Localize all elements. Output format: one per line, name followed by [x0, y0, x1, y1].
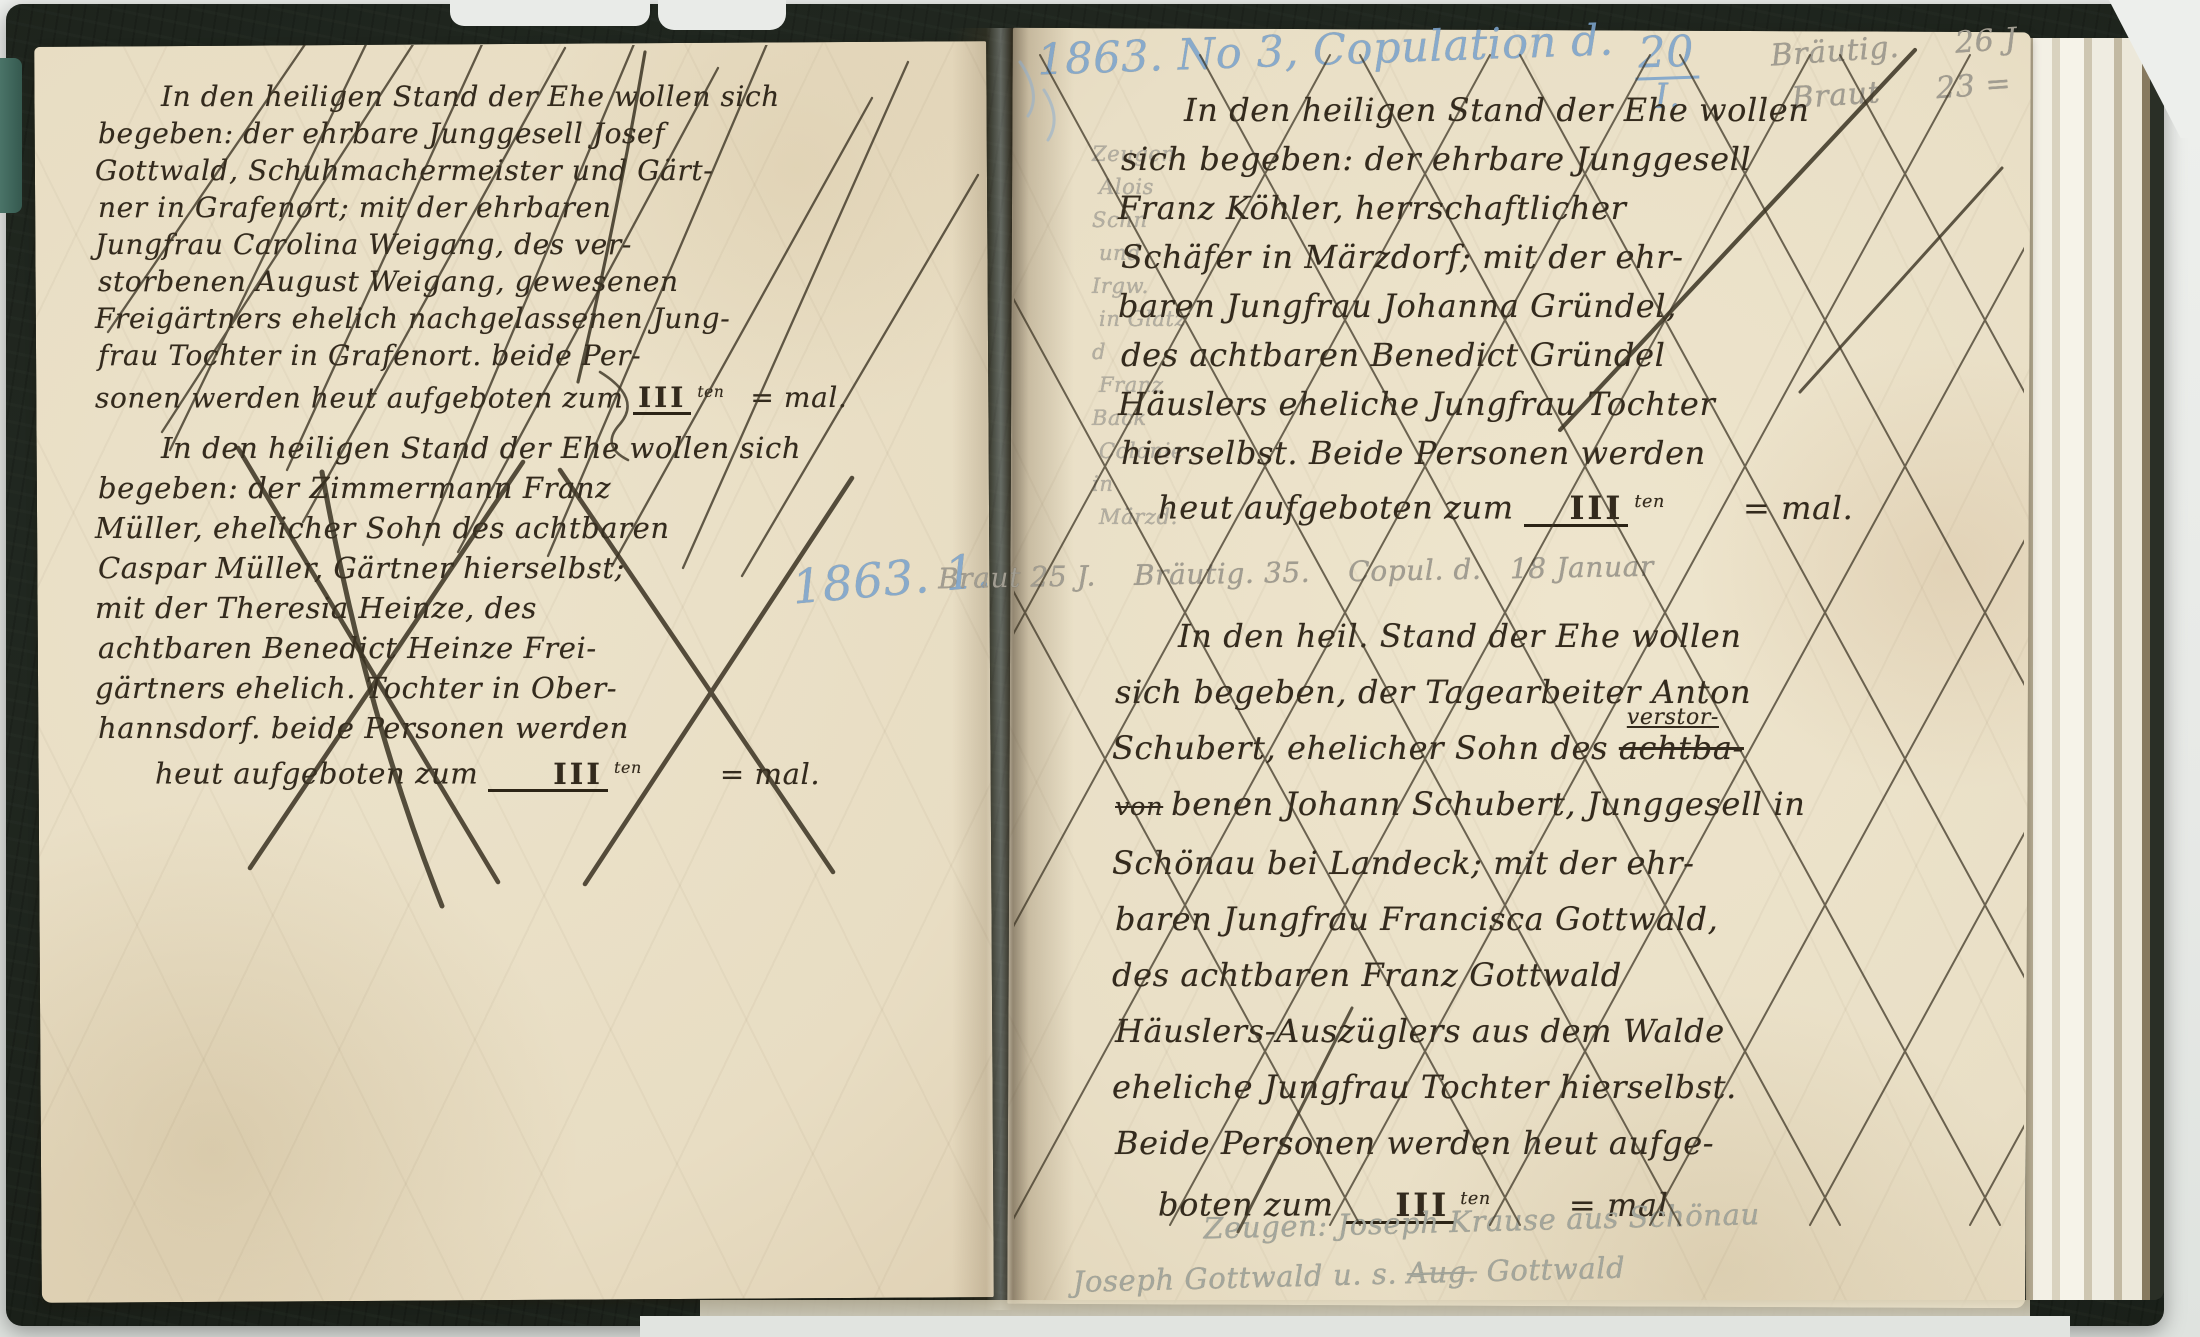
aufgebot-suffix: = mal. — [720, 757, 820, 791]
manuscript-line: Gottwald, Schuhmachermeister und Gärt- — [95, 152, 795, 189]
manuscript-line: des achtbaren Franz Gottwald — [1112, 947, 2012, 1003]
aufgebot-text: heut aufgeboten zum — [155, 757, 488, 791]
manuscript-line: Beide Personen werden heut aufge- — [1115, 1115, 2012, 1171]
manuscript-line: In den heiligen Stand der Ehe wollen sic… — [95, 428, 795, 468]
right-entry-1: In den heiligen Stand der Ehe wollen sic… — [1118, 86, 2008, 533]
manuscript-line: Häuslers-Auszüglers aus dem Walde — [1115, 1003, 2012, 1059]
manuscript-line: storbenen August Weigang, gewesenen — [98, 263, 795, 300]
aufgebot-text: heut aufgeboten zum — [1158, 489, 1524, 527]
manuscript-line: achtbaren Benedict Heinze Frei- — [98, 628, 795, 668]
date-day: 20 — [1634, 30, 1700, 80]
manuscript-line: sich begeben, der Tagearbeiter Anton — [1115, 664, 2012, 720]
background-bottom-strip — [640, 1316, 2070, 1337]
inserted-word: verstor- — [1627, 690, 1719, 746]
manuscript-line: hannsdorf. beide Personen werden — [98, 708, 795, 748]
aufgebot-numeral: III — [633, 384, 691, 415]
aufgebot-ordinal: ten — [614, 758, 642, 777]
struck-word: von — [1115, 792, 1163, 822]
manuscript-line: Schönau bei Landeck; mit der ehr- — [1112, 835, 2012, 891]
aufgebot-suffix: = mal. — [1743, 489, 1853, 527]
groom-age: 26 J — [1954, 17, 2019, 65]
manuscript-line: begeben: der ehrbare Junggesell Josef — [98, 115, 795, 152]
pencil-witnesses-note: Zeugen: Joseph Krause aus Schönau Joseph… — [1071, 1189, 1762, 1307]
manuscript-line: In den heil. Stand der Ehe wollen — [1112, 608, 2012, 664]
manuscript-line: baren Jungfrau Johanna Gründel, — [1118, 282, 2008, 331]
manuscript-line: Müller, ehelicher Sohn des achtbaren — [95, 508, 795, 548]
cover-edge-notch — [658, 0, 786, 30]
manuscript-line: Häuslers eheliche Jungfrau Tochter — [1118, 380, 2008, 429]
left-entry-2: In den heiligen Stand der Ehe wollen sic… — [95, 428, 795, 794]
manuscript-line: gärtners ehelich. Tochter in Ober- — [95, 668, 795, 708]
manuscript-text: Schubert, ehelicher Sohn des — [1112, 729, 1619, 767]
left-entry-1: In den heiligen Stand der Ehe wollen sic… — [95, 78, 795, 416]
manuscript-line: In den heiligen Stand der Ehe wollen sic… — [95, 78, 795, 115]
manuscript-line: Freigärtners ehelich nachgelassenen Jung… — [95, 300, 795, 337]
manuscript-line: ner in Grafenort; mit der ehrbaren — [98, 189, 795, 226]
manuscript-line: Schäfer in Märzdorf; mit der ehr- — [1121, 233, 2008, 282]
aufgebot-ordinal: ten — [1634, 492, 1665, 512]
register-book-photo: In den heiligen Stand der Ehe wollen sic… — [0, 0, 2200, 1337]
manuscript-line: hierselbst. Beide Personen werden — [1121, 429, 2008, 478]
aufgebot-numeral: III — [1524, 492, 1628, 527]
manuscript-text: benen Johann Schubert, Junggesell in — [1171, 785, 1805, 823]
page-stack-fore-edge — [2026, 38, 2164, 1300]
manuscript-line: Jungfrau Carolina Weigang, des ver- — [95, 226, 795, 263]
page-bottom-edge — [700, 1300, 2030, 1316]
cover-edge-notch — [450, 0, 650, 26]
correction: achtba-verstor- — [1619, 720, 1744, 776]
struck-word: Aug. — [1407, 1254, 1478, 1290]
manuscript-line: begeben: der Zimmermann Franz — [98, 468, 795, 508]
manuscript-line-aufgebot: heut aufgeboten zum IIIten= mal. — [95, 748, 795, 794]
witness-text: Joseph Gottwald u. s. — [1072, 1256, 1407, 1299]
manuscript-line-aufgebot: heut aufgeboten zum IIIten= mal. — [1118, 478, 2008, 533]
aufgebot-numeral: III — [488, 760, 608, 792]
aufgebot-suffix: = mal. — [750, 381, 847, 414]
groom-label: Bräutig. — [1769, 26, 1901, 79]
manuscript-line: Caspar Müller, Gärtner hierselbst; — [98, 548, 795, 588]
manuscript-line-aufgebot: sonen werden heut aufgeboten zum IIIten=… — [95, 374, 795, 416]
aufgebot-text: sonen werden heut aufgeboten zum — [95, 381, 633, 414]
manuscript-line: In den heiligen Stand der Ehe wollen — [1118, 86, 2008, 135]
manuscript-line-corrected: vonbenen Johann Schubert, Junggesell in — [1115, 776, 2012, 835]
manuscript-line: mit der Theresia Heinze, des — [95, 588, 795, 628]
manuscript-line: sich begeben: der ehrbare Junggesell — [1121, 135, 2008, 184]
manuscript-line: frau Tochter in Grafenort. beide Per- — [98, 337, 795, 374]
manuscript-line-corrected: Schubert, ehelicher Sohn des achtba-vers… — [1112, 720, 2012, 776]
right-entry-2: In den heil. Stand der Ehe wollen sich b… — [1112, 608, 2012, 1233]
manuscript-line: eheliche Jungfrau Tochter hierselbst. — [1112, 1059, 2012, 1115]
cover-spine-patch — [0, 58, 22, 213]
manuscript-line: baren Jungfrau Francisca Gottwald, — [1115, 891, 2012, 947]
manuscript-line: Franz Köhler, herrschaftlicher — [1118, 184, 2008, 233]
aufgebot-ordinal: ten — [697, 383, 724, 401]
manuscript-line: des achtbaren Benedict Gründel — [1121, 331, 2008, 380]
witness-text: Gottwald — [1476, 1251, 1625, 1289]
